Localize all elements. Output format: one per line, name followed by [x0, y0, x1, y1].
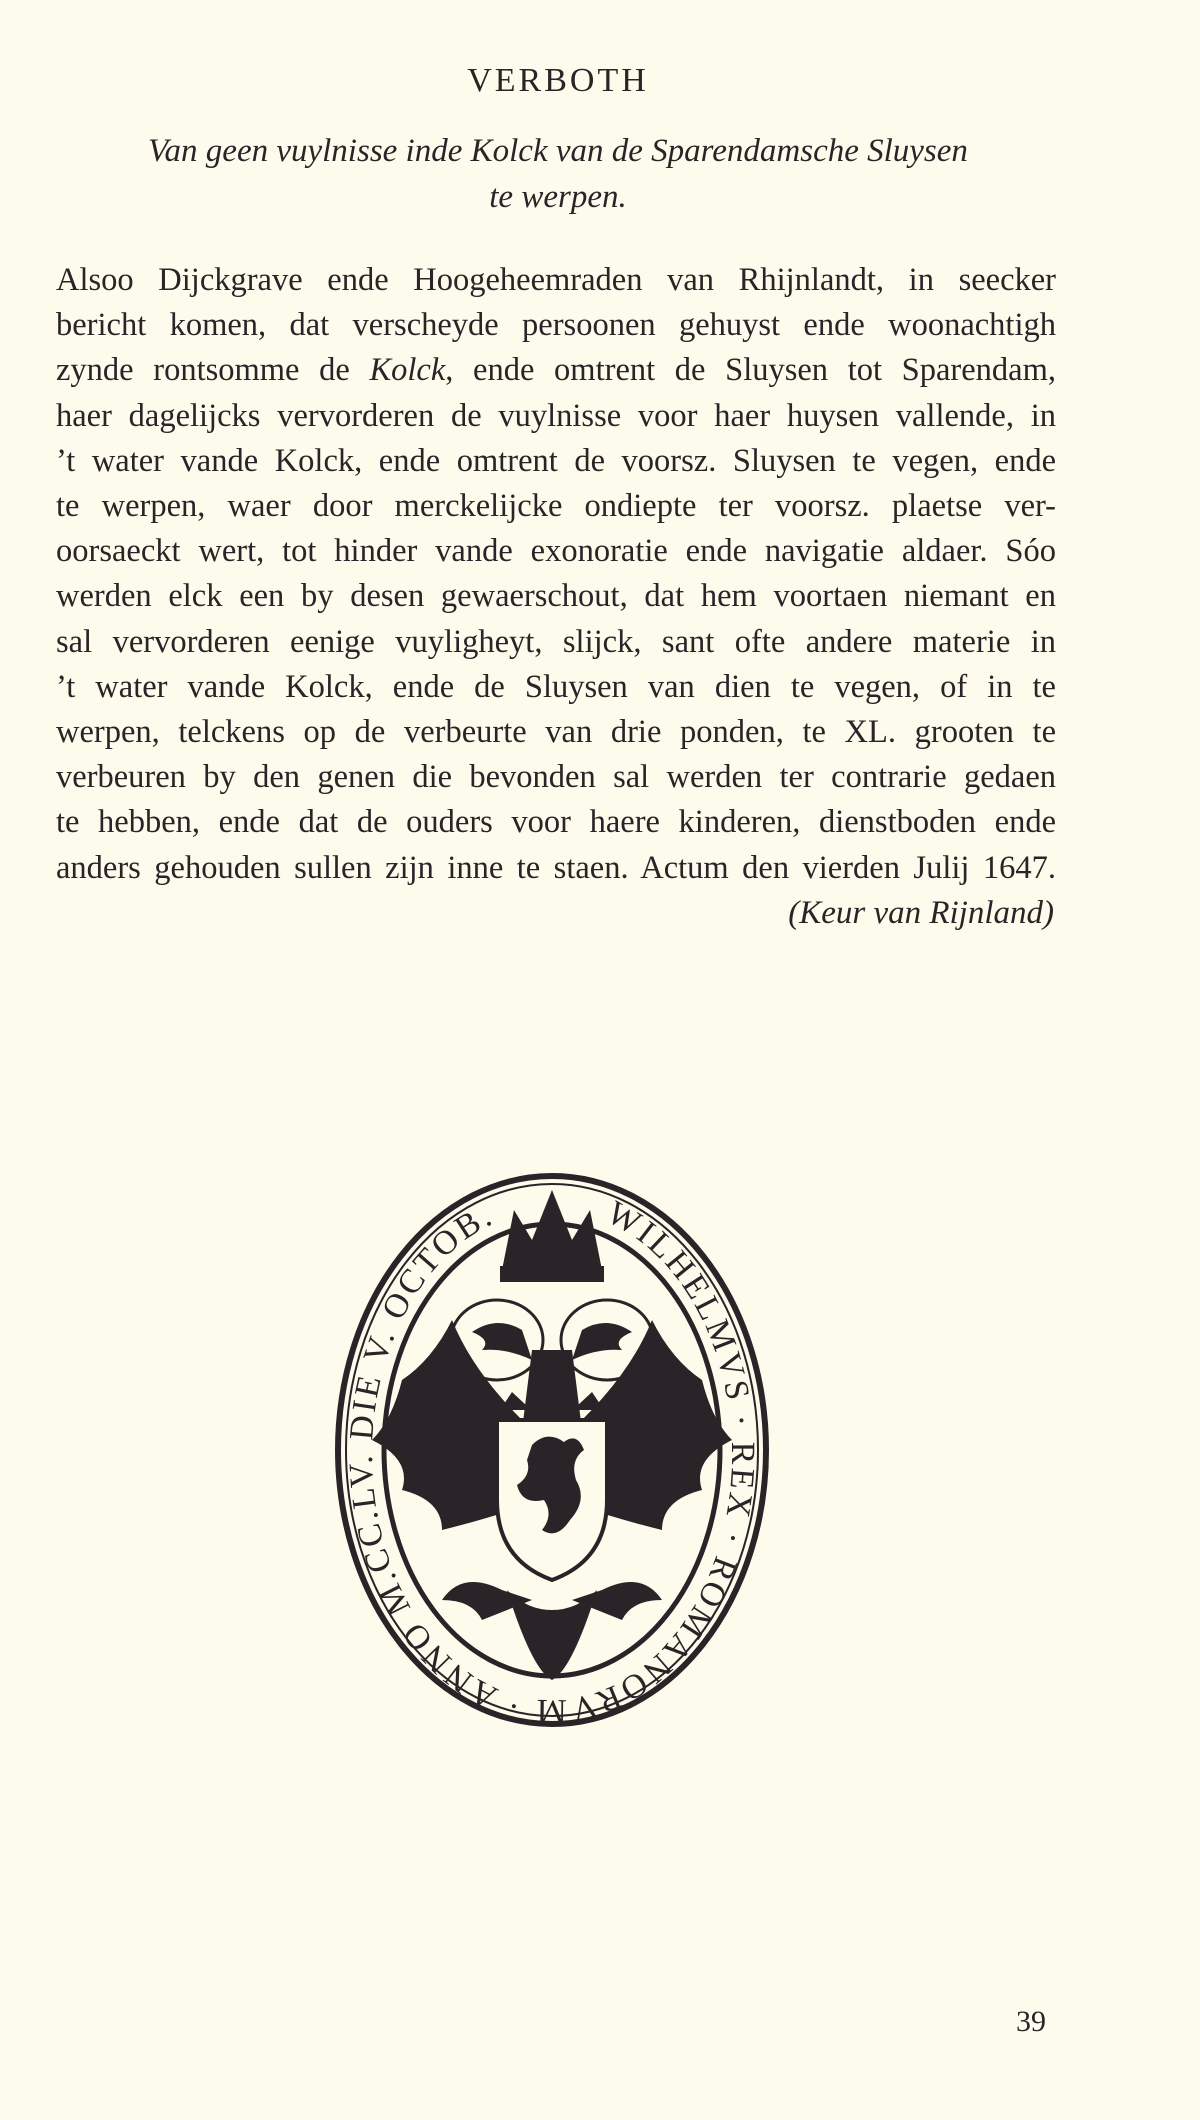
italic-term: Kolck — [369, 352, 445, 388]
body-line: werden elck een by desen gewaerschout, d… — [56, 574, 1056, 619]
book-page: VERBOTH Van geen vuylnisse inde Kolck va… — [0, 0, 1200, 2120]
body-line: oorsaeckt wert, tot hinder vande exonora… — [56, 529, 1056, 574]
body-line: ’t water vande Kolck, ende omtrent de vo… — [56, 439, 1056, 484]
body-paragraph: Alsoo Dijckgrave ende Hoogeheemraden van… — [56, 258, 1056, 891]
page-number: 39 — [1016, 2005, 1046, 2039]
body-line: verbeuren by den genen die bevonden sal … — [56, 755, 1056, 800]
body-line: werpen, telckens op de verbeurte van dri… — [56, 710, 1056, 755]
subtitle-line: Van geen vuylnisse inde Kolck van de Spa… — [100, 128, 1016, 174]
body-line: anders gehouden sullen zijn inne te stae… — [56, 846, 1056, 891]
body-line: zynde rontsomme de Kolck, ende omtrent d… — [56, 348, 1056, 393]
body-line: haer dagelijcks vervorderen de vuylnisse… — [56, 394, 1056, 439]
body-line: te hebben, ende dat de ouders voor haere… — [56, 800, 1056, 845]
page-subtitle: Van geen vuylnisse inde Kolck van de Spa… — [100, 128, 1016, 220]
body-line: bericht komen, dat verscheyde persoonen … — [56, 303, 1056, 348]
body-line: te werpen, waer door merckelijcke ondiep… — [56, 484, 1056, 529]
seal-illustration: WILHELMVS · REX · ROMANORVM · ANNO M.CC.… — [332, 1170, 772, 1730]
body-line: ’t water vande Kolck, ende de Sluysen va… — [56, 665, 1056, 710]
eagle-seal-icon: WILHELMVS · REX · ROMANORVM · ANNO M.CC.… — [332, 1170, 772, 1730]
page-title: VERBOTH — [0, 62, 1116, 100]
source-citation: (Keur van Rijnland) — [788, 895, 1054, 932]
body-line: sal vervorderen eenige vuyligheyt, slijc… — [56, 620, 1056, 665]
subtitle-line: te werpen. — [100, 174, 1016, 220]
body-line: Alsoo Dijckgrave ende Hoogeheemraden van… — [56, 258, 1056, 303]
